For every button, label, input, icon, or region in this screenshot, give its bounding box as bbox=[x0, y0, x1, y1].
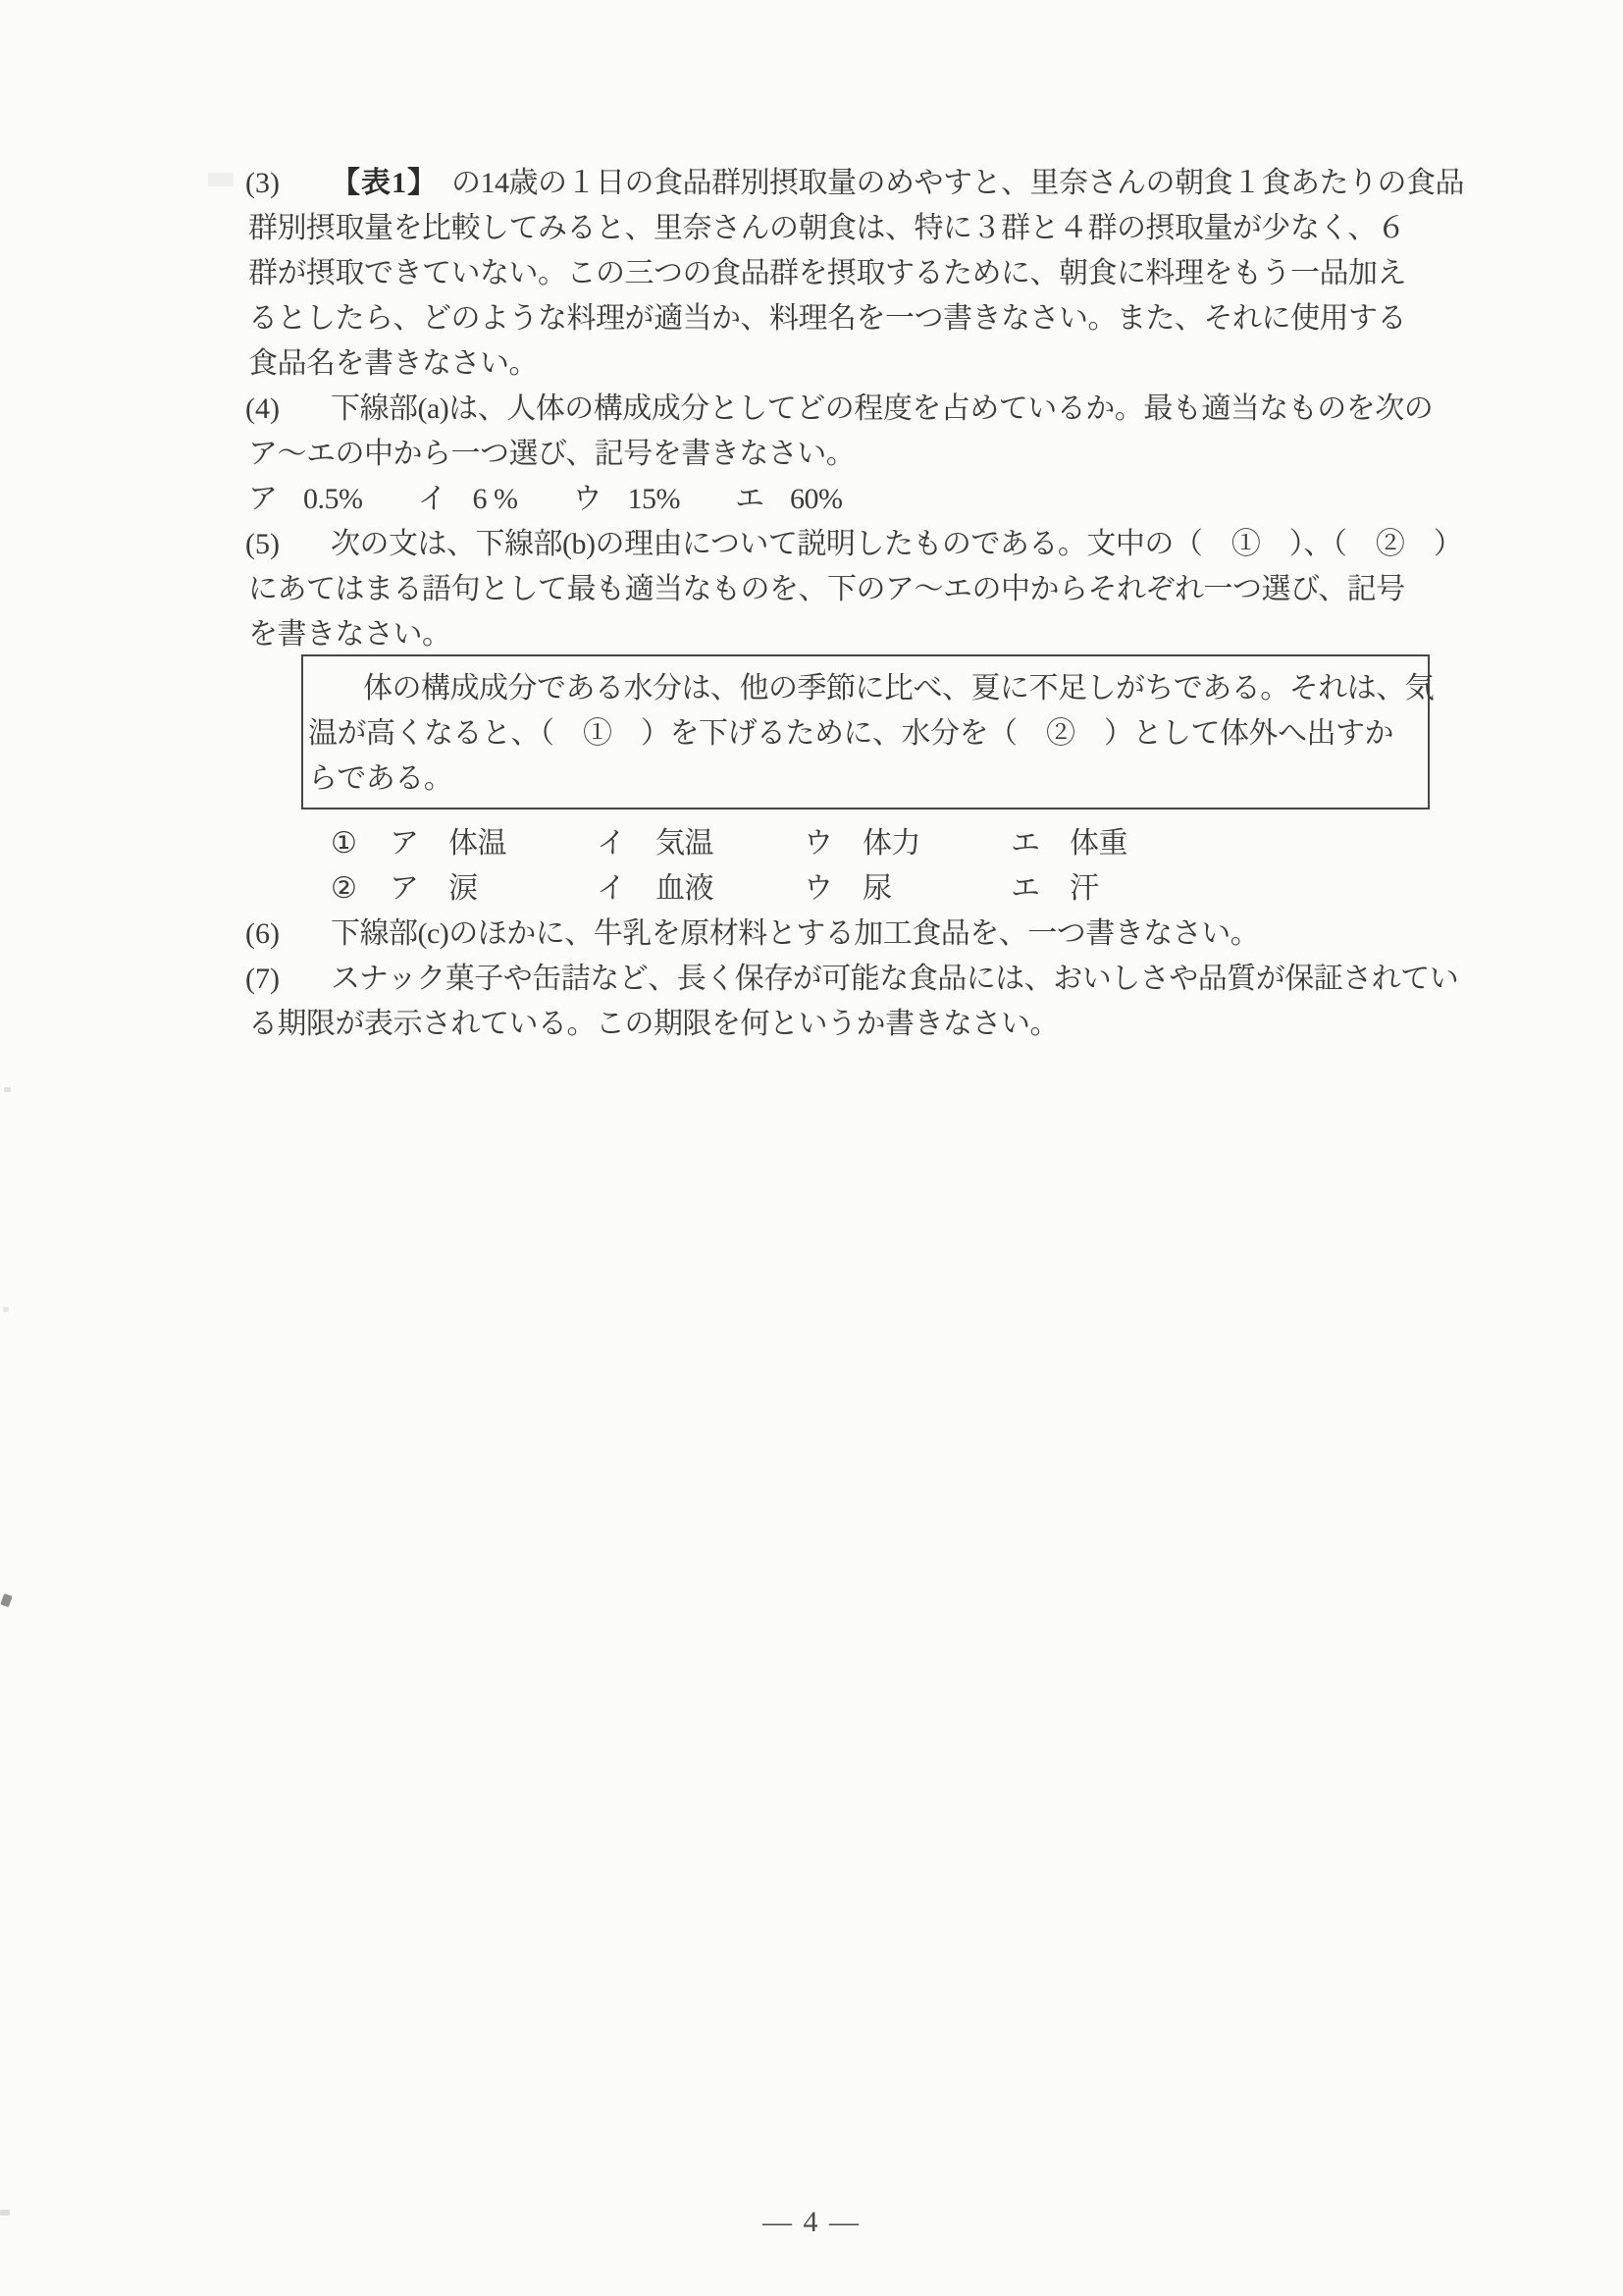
option-mark: イ bbox=[597, 866, 655, 912]
option-mark: ア bbox=[390, 866, 448, 912]
question-6: (6)下線部(c)のほかに、牛乳を原材料とする加工食品を、一つ書きなさい。 bbox=[245, 912, 1438, 957]
option-text: 尿 bbox=[863, 866, 1011, 912]
box-text-line-2: 温が高くなると、（ ① ）を下げるために、水分を（ ② ）として体外へ出すか bbox=[308, 711, 1420, 757]
question-text: 下線部(a)は、人体の構成成分としてどの程度を占めているか。最も適当なものを次の bbox=[331, 392, 1433, 425]
table-reference-bold: 【表1】 bbox=[331, 167, 438, 199]
choice-label-circled-1: ① bbox=[331, 821, 390, 866]
option-mark: イ bbox=[597, 821, 655, 866]
question-3-line-2: 群別摂取量を比較してみると、里奈さんの朝食は、特に３群と４群の摂取量が少なく、６ bbox=[248, 206, 1438, 251]
scan-artifact bbox=[3, 1307, 9, 1312]
question-7: (7)スナック菓子や缶詰など、長く保存が可能な食品には、おいしさや品質が保証され… bbox=[245, 957, 1438, 1047]
option-mark: ウ bbox=[804, 866, 863, 912]
question-4-line-2: ア〜エの中から一つ選び、記号を書きなさい。 bbox=[248, 432, 1438, 477]
question-5-line-3: を書きなさい。 bbox=[248, 612, 1438, 657]
question-4-line-1: (4)下線部(a)は、人体の構成成分としてどの程度を占めているか。最も適当なもの… bbox=[245, 387, 1438, 432]
choice-label-circled-2: ② bbox=[331, 866, 390, 912]
explanation-box: 体の構成成分である水分は、他の季節に比べ、夏に不足しがちである。それは、気 温が… bbox=[301, 654, 1430, 809]
question-text: の14歳の１日の食品群別摂取量のめやすと、里奈さんの朝食１食あたりの食品 bbox=[451, 167, 1464, 199]
question-3-line-4: るとしたら、どのような料理が適当か、料理名を一つ書きなさい。また、それに使用する bbox=[248, 296, 1438, 341]
option-mark: エ bbox=[735, 477, 766, 522]
option-text: 体力 bbox=[863, 821, 1011, 866]
question-4: (4)下線部(a)は、人体の構成成分としてどの程度を占めているか。最も適当なもの… bbox=[245, 387, 1438, 522]
option-mark: ウ bbox=[804, 821, 863, 866]
choice-row-1: ①ア体温イ気温ウ体力エ体重 bbox=[331, 821, 1438, 866]
question-number: (4) bbox=[245, 387, 331, 432]
question-text: 次の文は、下線部(b)の理由について説明したものである。文中の（ ① ）、（ ②… bbox=[331, 528, 1462, 560]
option-value: 0.5% bbox=[303, 477, 363, 522]
question-text: 下線部(c)のほかに、牛乳を原材料とする加工食品を、一つ書きなさい。 bbox=[331, 917, 1259, 950]
option-mark: ウ bbox=[573, 477, 604, 522]
option-mark: エ bbox=[1011, 866, 1070, 912]
scan-artifact bbox=[0, 1593, 13, 1607]
option-mark: ア bbox=[248, 477, 280, 522]
question-5: (5)次の文は、下線部(b)の理由について説明したものである。文中の（ ① ）、… bbox=[245, 522, 1438, 912]
option-value: 6 % bbox=[473, 477, 518, 522]
option-text: 涙 bbox=[448, 866, 597, 912]
question-number: (3) bbox=[245, 161, 331, 206]
question-4-options-row: ア0.5%イ6 %ウ15%エ60% bbox=[248, 477, 1438, 522]
question-3-line-3: 群が摂取できていない。この三つの食品群を摂取するために、朝食に料理をもう一品加え bbox=[248, 251, 1438, 296]
question-3-line-1: (3)【表1】の14歳の１日の食品群別摂取量のめやすと、里奈さんの朝食１食あたり… bbox=[245, 161, 1438, 206]
scanned-exam-page: { "q3": { "number": "(3)", "line1_bold":… bbox=[0, 0, 1623, 2296]
option-text: 体重 bbox=[1070, 821, 1218, 866]
option-text: 体温 bbox=[448, 821, 597, 866]
question-number: (7) bbox=[245, 957, 331, 1002]
question-number: (5) bbox=[245, 522, 331, 567]
scan-artifact bbox=[4, 1087, 11, 1092]
choice-row-2: ②ア涙イ血液ウ尿エ汗 bbox=[331, 866, 1438, 912]
question-5-line-2: にあてはまる語句として最も適当なものを、下のア〜エの中からそれぞれ一つ選び、記号 bbox=[248, 567, 1438, 612]
exam-questions-block: (3)【表1】の14歳の１日の食品群別摂取量のめやすと、里奈さんの朝食１食あたり… bbox=[245, 161, 1438, 1047]
option-text: 汗 bbox=[1070, 866, 1218, 912]
option-mark: ア bbox=[390, 821, 448, 866]
page-number: — 4 — bbox=[0, 2206, 1623, 2239]
question-text: スナック菓子や缶詰など、長く保存が可能な食品には、おいしさや品質が保証されてい bbox=[331, 963, 1458, 995]
option-text: 気温 bbox=[655, 821, 804, 866]
question-5-line-1: (5)次の文は、下線部(b)の理由について説明したものである。文中の（ ① ）、… bbox=[245, 522, 1438, 567]
box-text-line-3: らである。 bbox=[308, 757, 1420, 802]
option-mark: エ bbox=[1011, 821, 1070, 866]
question-3-line-5: 食品名を書きなさい。 bbox=[248, 341, 1438, 387]
question-3: (3)【表1】の14歳の１日の食品群別摂取量のめやすと、里奈さんの朝食１食あたり… bbox=[245, 161, 1438, 387]
box-text-line-1: 体の構成成分である水分は、他の季節に比べ、夏に不足しがちである。それは、気 bbox=[308, 666, 1420, 711]
option-value: 60% bbox=[790, 477, 843, 522]
question-7-line-1: (7)スナック菓子や缶詰など、長く保存が可能な食品には、おいしさや品質が保証され… bbox=[245, 957, 1438, 1002]
question-6-line-1: (6)下線部(c)のほかに、牛乳を原材料とする加工食品を、一つ書きなさい。 bbox=[245, 912, 1438, 957]
question-number: (6) bbox=[245, 912, 331, 957]
question-7-line-2: る期限が表示されている。この期限を何というか書きなさい。 bbox=[248, 1002, 1438, 1047]
option-mark: イ bbox=[418, 477, 449, 522]
option-value: 15% bbox=[628, 477, 681, 522]
scan-artifact bbox=[208, 173, 234, 186]
scan-artifact bbox=[0, 2210, 10, 2216]
option-text: 血液 bbox=[655, 866, 804, 912]
